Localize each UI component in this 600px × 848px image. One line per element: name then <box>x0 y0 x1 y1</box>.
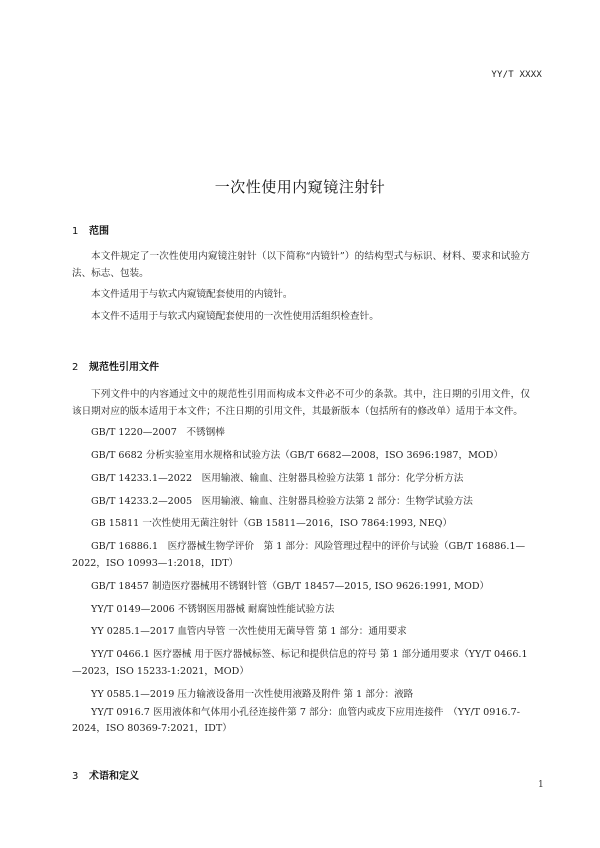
document-page: YY/T XXXX 一次性使用内窥镜注射针 1范围 本文件规定了一次性使用内窥镜… <box>0 0 600 848</box>
section-title: 范围 <box>89 226 109 237</box>
reference-item: GB/T 14233.2—2005 医用输液、输血、注射器具检验方法第 2 部分… <box>72 494 530 511</box>
section-number: 2 <box>72 362 89 373</box>
section-heading-terms-and-definitions: 3术语和定义 <box>72 767 139 782</box>
reference-item: YY 0585.1—2019 压力输液设备用一次性使用液路及附件 第 1 部分：… <box>72 687 530 704</box>
reference-item: YY 0285.1—2017 血管内导管 一次性使用无菌导管 第 1 部分：通用… <box>72 624 530 641</box>
reference-item: GB 15811 一次性使用无菌注射针（GB 15811—2016，ISO 78… <box>72 516 530 533</box>
section-number: 3 <box>72 771 89 782</box>
section-title: 规范性引用文件 <box>89 362 159 373</box>
reference-item: GB/T 14233.1—2022 医用输液、输血、注射器具检验方法第 1 部分… <box>72 471 530 488</box>
reference-item: YY/T 0149—2006 不锈钢医用器械 耐腐蚀性能试验方法 <box>72 602 530 619</box>
section-heading-scope: 1范围 <box>72 222 109 237</box>
paragraph-intro: 下列文件中的内容通过文中的规范性引用而构成本文件必不可少的条款。其中，注日期的引… <box>72 387 530 420</box>
reference-item: GB/T 6682 分析实验室用水规格和试验方法（GB/T 6682—2008，… <box>72 448 530 465</box>
paragraph: 本文件规定了一次性使用内窥镜注射针（以下简称“内镜针”）的结构型式与标识、材料、… <box>72 249 530 282</box>
section-body-normative-references: 下列文件中的内容通过文中的规范性引用而构成本文件必不可少的条款。其中，注日期的引… <box>72 387 530 744</box>
reference-item: GB/T 1220—2007 不锈钢棒 <box>72 425 530 442</box>
section-body-scope: 本文件规定了一次性使用内窥镜注射针（以下简称“内镜针”）的结构型式与标识、材料、… <box>72 249 530 325</box>
reference-item: GB/T 16886.1 医疗器械生物学评价 第 1 部分：风险管理过程中的评价… <box>72 539 530 573</box>
paragraph: 本文件适用于与软式内窥镜配套使用的内镜针。 <box>72 287 530 304</box>
section-number: 1 <box>72 226 89 237</box>
reference-item: GB/T 18457 制造医疗器械用不锈钢针管（GB/T 18457—2015,… <box>72 579 530 596</box>
reference-item: YY/T 0916.7 医用液体和气体用小孔径连接件第 7 部分：血管内或皮下应… <box>72 705 530 739</box>
section-heading-normative-references: 2规范性引用文件 <box>72 358 159 373</box>
page-number: 1 <box>538 780 544 790</box>
document-title: 一次性使用内窥镜注射针 <box>0 176 600 197</box>
reference-item: YY/T 0466.1 医疗器械 用于医疗器械标签、标记和提供信息的符号 第 1… <box>72 647 530 681</box>
document-code-header: YY/T XXXX <box>491 70 542 80</box>
section-title: 术语和定义 <box>89 771 139 782</box>
paragraph: 本文件不适用于与软式内窥镜配套使用的一次性使用活组织检查针。 <box>72 309 530 326</box>
